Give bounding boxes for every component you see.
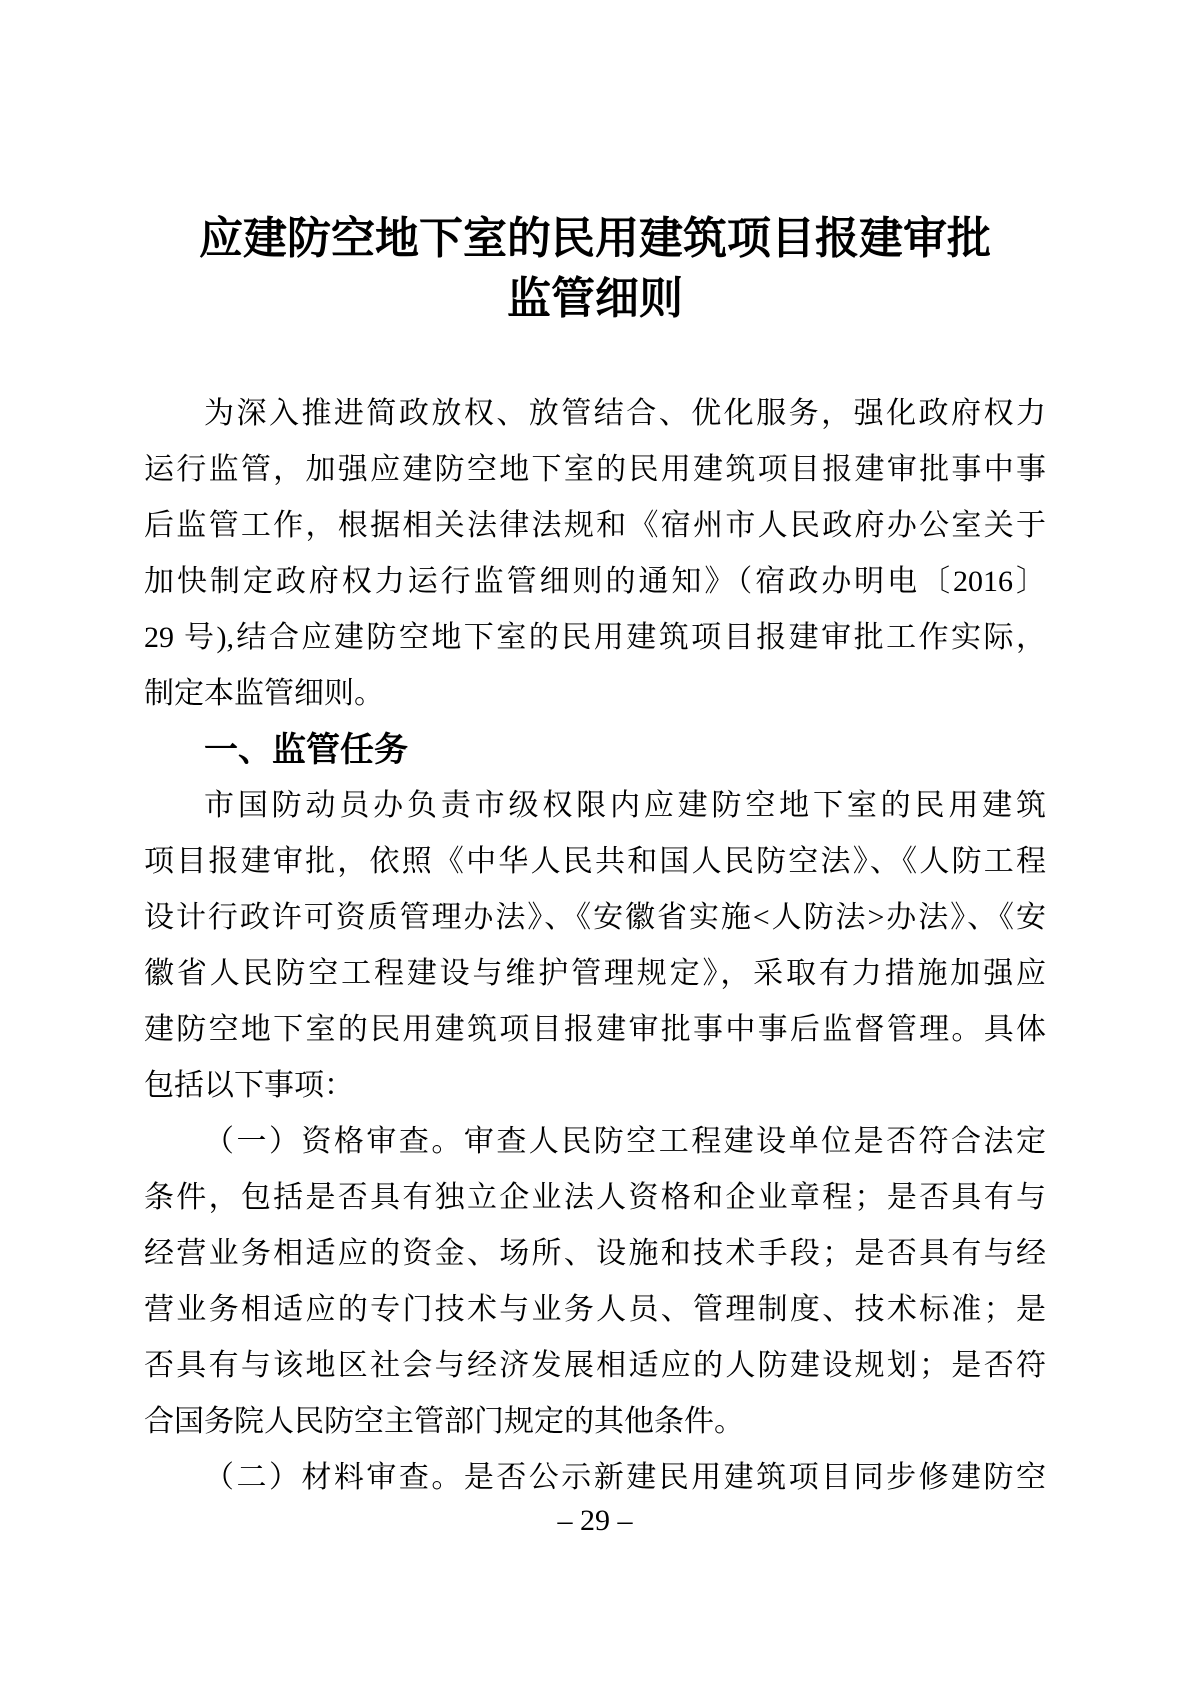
paragraph: （二）材料审查。是否公示新建民用建筑项目同步修建防空 bbox=[144, 1450, 1046, 1506]
text-line: 为深入推进简政放权、放管结合、优化服务，强化政府权力 bbox=[144, 386, 1046, 442]
section-heading: 一、监管任务 bbox=[144, 722, 1046, 778]
text-line: 项目报建审批，依照《中华人民共和国人民防空法》、《人防工程 bbox=[144, 834, 1046, 890]
doc-title-line-1: 应建防空地下室的民用建筑项目报建审批 bbox=[0, 209, 1190, 269]
text-line: 否具有与该地区社会与经济发展相适应的人防建设规划；是否符 bbox=[144, 1338, 1046, 1394]
text-line: （二）材料审查。是否公示新建民用建筑项目同步修建防空 bbox=[144, 1450, 1046, 1506]
text-line: 设计行政许可资质管理办法》、《安徽省实施<人防法>办法》、《安 bbox=[144, 890, 1046, 946]
text-line: 合国务院人民防空主管部门规定的其他条件。 bbox=[144, 1394, 1046, 1450]
text-line: 条件，包括是否具有独立企业法人资格和企业章程；是否具有与 bbox=[144, 1170, 1046, 1226]
text-line: 市国防动员办负责市级权限内应建防空地下室的民用建筑 bbox=[144, 778, 1046, 834]
paragraph: 市国防动员办负责市级权限内应建防空地下室的民用建筑项目报建审批，依照《中华人民共… bbox=[144, 778, 1046, 1114]
text-line: 运行监管，加强应建防空地下室的民用建筑项目报建审批事中事 bbox=[144, 442, 1046, 498]
doc-title-line-2: 监管细则 bbox=[0, 269, 1190, 329]
document-page: 应建防空地下室的民用建筑项目报建审批 监管细则 为深入推进简政放权、放管结合、优… bbox=[0, 0, 1190, 1683]
text-line: 后监管工作，根据相关法律法规和《宿州市人民政府办公室关于 bbox=[144, 498, 1046, 554]
text-line: 营业务相适应的专门技术与业务人员、管理制度、技术标准；是 bbox=[144, 1282, 1046, 1338]
doc-body: 为深入推进简政放权、放管结合、优化服务，强化政府权力运行监管，加强应建防空地下室… bbox=[144, 386, 1046, 1506]
page-number: – 29 – bbox=[0, 1504, 1190, 1538]
paragraph: （一）资格审查。审查人民防空工程建设单位是否符合法定条件，包括是否具有独立企业法… bbox=[144, 1114, 1046, 1450]
text-line: 经营业务相适应的资金、场所、设施和技术手段；是否具有与经 bbox=[144, 1226, 1046, 1282]
text-line: 包括以下事项： bbox=[144, 1058, 1046, 1114]
text-line: 29 号),结合应建防空地下室的民用建筑项目报建审批工作实际， bbox=[144, 610, 1046, 666]
paragraph: 为深入推进简政放权、放管结合、优化服务，强化政府权力运行监管，加强应建防空地下室… bbox=[144, 386, 1046, 722]
text-line: （一）资格审查。审查人民防空工程建设单位是否符合法定 bbox=[144, 1114, 1046, 1170]
doc-title: 应建防空地下室的民用建筑项目报建审批 监管细则 bbox=[0, 0, 1190, 329]
text-line: 建防空地下室的民用建筑项目报建审批事中事后监督管理。具体 bbox=[144, 1002, 1046, 1058]
text-line: 制定本监管细则。 bbox=[144, 666, 1046, 722]
text-line: 徽省人民防空工程建设与维护管理规定》，采取有力措施加强应 bbox=[144, 946, 1046, 1002]
text-line: 加快制定政府权力运行监管细则的通知》（宿政办明电〔2016〕 bbox=[144, 554, 1046, 610]
